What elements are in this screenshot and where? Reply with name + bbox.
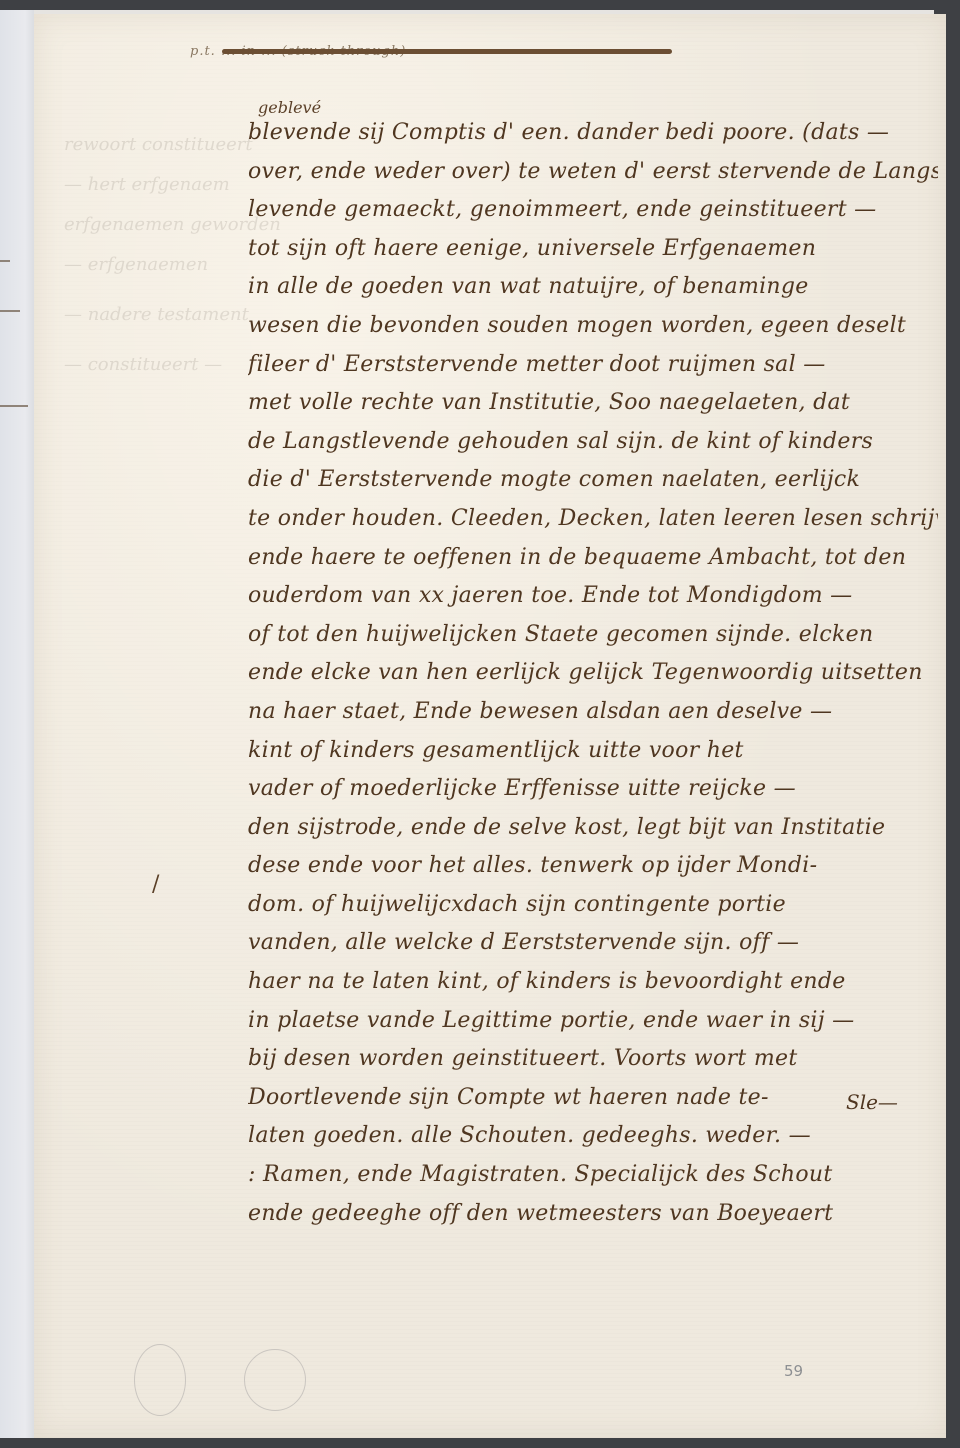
manuscript-text-body: blevende sij Comptis d' een. dander bedi…: [248, 114, 938, 1233]
struck-heading: p.t. ... in ... (struck through): [190, 44, 710, 64]
text-line: dese ende voor het alles. tenwerk op ijd…: [248, 847, 938, 886]
text-line: levende gemaeckt, genoimmeert, ende gein…: [248, 191, 938, 230]
text-line: : Ramen, ende Magistraten. Specialijck d…: [248, 1156, 938, 1195]
text-line: vader of moederlijcke Erffenisse uitte r…: [248, 770, 938, 809]
pencil-sketch: [134, 1344, 186, 1416]
pencil-sketch: [244, 1349, 306, 1411]
bleedthrough-text: — nadere testament: [64, 304, 249, 325]
bleedthrough-text: — hert erfgenaem: [64, 174, 230, 195]
ink-mark: [0, 310, 20, 312]
folio-number: 59: [784, 1362, 803, 1380]
ink-mark: [0, 405, 28, 407]
text-line: na haer staet, Ende bewesen alsdan aen d…: [248, 693, 938, 732]
text-line: of tot den huijwelijcken Staete gecomen …: [248, 616, 938, 655]
text-line: Doortlevende sijn Compte wt haeren nade …: [248, 1079, 938, 1118]
text-line: laten goeden. alle Schouten. gedeeghs. w…: [248, 1117, 938, 1156]
text-line: fileer d' Eerststervende metter doot rui…: [248, 346, 938, 385]
text-line: die d' Eerststervende mogte comen naelat…: [248, 461, 938, 500]
margin-mark: /: [152, 872, 159, 897]
text-line: ouderdom van xx jaeren toe. Ende tot Mon…: [248, 577, 938, 616]
text-line: tot sijn oft haere eenige, universele Er…: [248, 230, 938, 269]
text-line: vanden, alle welcke d Eerststervende sij…: [248, 924, 938, 963]
text-line: wesen die bevonden souden mogen worden, …: [248, 307, 938, 346]
bleedthrough-text: — erfgenaemen: [64, 254, 208, 275]
text-line: ende gedeeghe off den wetmeesters van Bo…: [248, 1195, 938, 1234]
text-line: met volle rechte van Institutie, Soo nae…: [248, 384, 938, 423]
strike-through-line: [222, 49, 672, 54]
adjacent-leaf-edge: [0, 10, 37, 1438]
text-line: ende haere te oeffenen in de bequaeme Am…: [248, 539, 938, 578]
bleedthrough-text: — constitueert —: [64, 354, 222, 375]
text-line: over, ende weder over) te weten d' eerst…: [248, 153, 938, 192]
text-line: in plaetse vande Legittime portie, ende …: [248, 1002, 938, 1041]
bleedthrough-text: rewoort constitueert: [64, 134, 253, 155]
text-line: de Langstlevende gehouden sal sijn. de k…: [248, 423, 938, 462]
text-line: den sijstrode, ende de selve kost, legt …: [248, 809, 938, 848]
text-line: haer na te laten kint, of kinders is bev…: [248, 963, 938, 1002]
text-line: kint of kinders gesamentlijck uitte voor…: [248, 732, 938, 771]
text-line: te onder houden. Cleeden, Decken, laten …: [248, 500, 938, 539]
text-line: blevende sij Comptis d' een. dander bedi…: [248, 114, 938, 153]
text-line: in alle de goeden van wat natuijre, of b…: [248, 268, 938, 307]
catchword: Sle—: [846, 1090, 898, 1114]
text-line: ende elcke van hen eerlijck gelijck Tege…: [248, 654, 938, 693]
ink-mark: [0, 260, 10, 262]
text-line: dom. of huijwelijcxdach sijn contingente…: [248, 886, 938, 925]
text-line: bij desen worden geinstitueert. Voorts w…: [248, 1040, 938, 1079]
